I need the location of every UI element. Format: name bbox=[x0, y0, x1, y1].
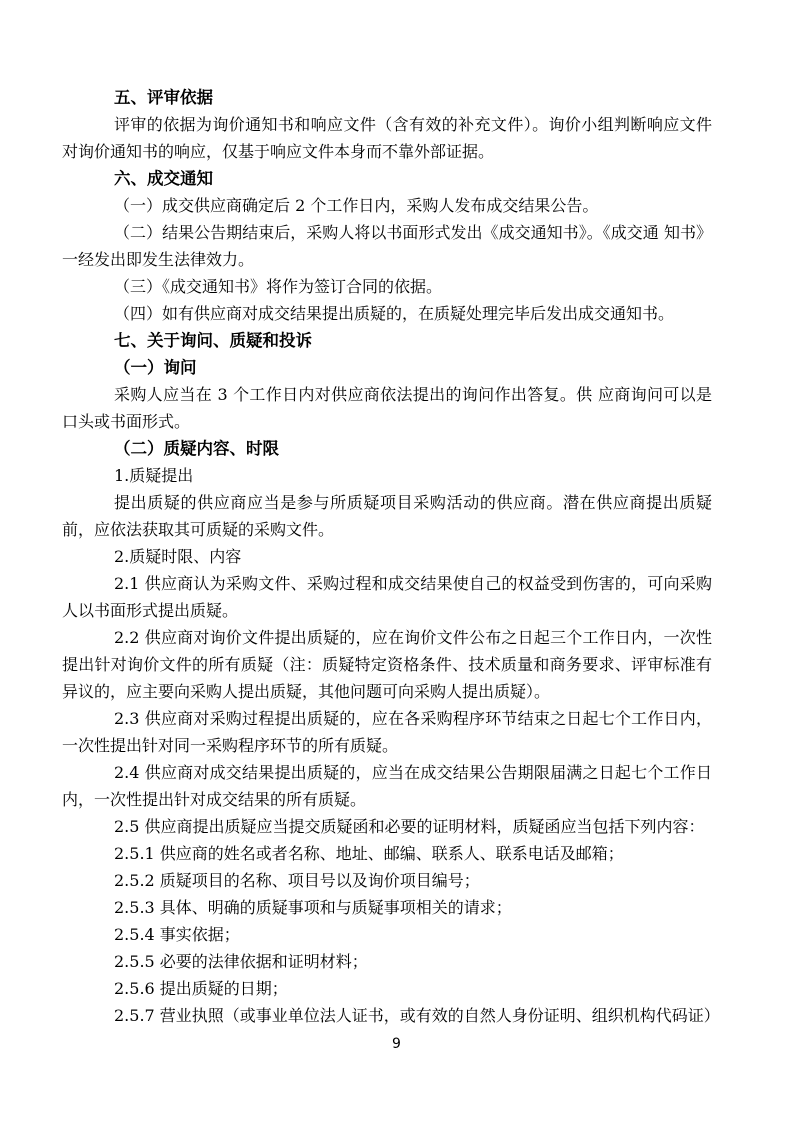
section-7-heading: 七、关于询问、质疑和投诉 bbox=[62, 327, 712, 354]
section-5-body: 评审的依据为询价通知书和响应文件（含有效的补充文件）。询价小组判断响应文件对询价… bbox=[62, 111, 712, 165]
section-6-item-3: （三）《成交通知书》将作为签订合同的依据。 bbox=[62, 273, 712, 300]
clause-2-2: 2.2 供应商对询价文件提出质疑的，应在询价文件公布之日起三个工作日内，一次性提… bbox=[62, 624, 712, 705]
clause-1-body: 提出质疑的供应商应当是参与所质疑项目采购活动的供应商。潜在供应商提出质疑前，应依… bbox=[62, 489, 712, 543]
document-page: 五、评审依据 评审的依据为询价通知书和响应文件（含有效的补充文件）。询价小组判断… bbox=[0, 0, 793, 1122]
section-6-heading: 六、成交通知 bbox=[62, 165, 712, 192]
clause-2-3: 2.3 供应商对采购过程提出质疑的，应在各采购程序环节结束之日起七个工作日内，一… bbox=[62, 705, 712, 759]
section-7-sub-2-heading: （二）质疑内容、时限 bbox=[62, 435, 712, 462]
clause-1-title: 1.质疑提出 bbox=[62, 462, 712, 489]
section-5-heading: 五、评审依据 bbox=[62, 84, 712, 111]
clause-2-5-2: 2.5.2 质疑项目的名称、项目号以及询价项目编号； bbox=[62, 867, 712, 894]
section-7-sub-1-heading: （一）询问 bbox=[62, 354, 712, 381]
clause-2-5-5: 2.5.5 必要的法律依据和证明材料； bbox=[62, 948, 712, 975]
section-6-item-1: （一）成交供应商确定后 2 个工作日内，采购人发布成交结果公告。 bbox=[62, 192, 712, 219]
clause-2-5-4: 2.5.4 事实依据； bbox=[62, 921, 712, 948]
clause-2-5-3: 2.5.3 具体、明确的质疑事项和与质疑事项相关的请求； bbox=[62, 894, 712, 921]
clause-2-4: 2.4 供应商对成交结果提出质疑的，应当在成交结果公告期限届满之日起七个工作日内… bbox=[62, 759, 712, 813]
clause-2-5: 2.5 供应商提出质疑应当提交质疑函和必要的证明材料，质疑函应当包括下列内容： bbox=[62, 813, 712, 840]
section-6-item-2: （二）结果公告期结束后，采购人将以书面形式发出《成交通知书》。《成交通 知书》一… bbox=[62, 219, 712, 273]
document-body: 五、评审依据 评审的依据为询价通知书和响应文件（含有效的补充文件）。询价小组判断… bbox=[62, 84, 712, 1029]
section-6-item-4: （四）如有供应商对成交结果提出质疑的，在质疑处理完毕后发出成交通知书。 bbox=[62, 300, 712, 327]
clause-2-5-1: 2.5.1 供应商的姓名或者名称、地址、邮编、联系人、联系电话及邮箱； bbox=[62, 840, 712, 867]
clause-2-1: 2.1 供应商认为采购文件、采购过程和成交结果使自己的权益受到伤害的，可向采购人… bbox=[62, 570, 712, 624]
clause-2-5-6: 2.5.6 提出质疑的日期； bbox=[62, 975, 712, 1002]
section-7-sub-1-body: 采购人应当在 3 个工作日内对供应商依法提出的询问作出答复。供 应商询问可以是口… bbox=[62, 381, 712, 435]
page-number: 9 bbox=[0, 1034, 793, 1054]
clause-2-title: 2.质疑时限、内容 bbox=[62, 543, 712, 570]
clause-2-5-7: 2.5.7 营业执照（或事业单位法人证书，或有效的自然人身份证明、组织机构代码证… bbox=[62, 1002, 712, 1029]
